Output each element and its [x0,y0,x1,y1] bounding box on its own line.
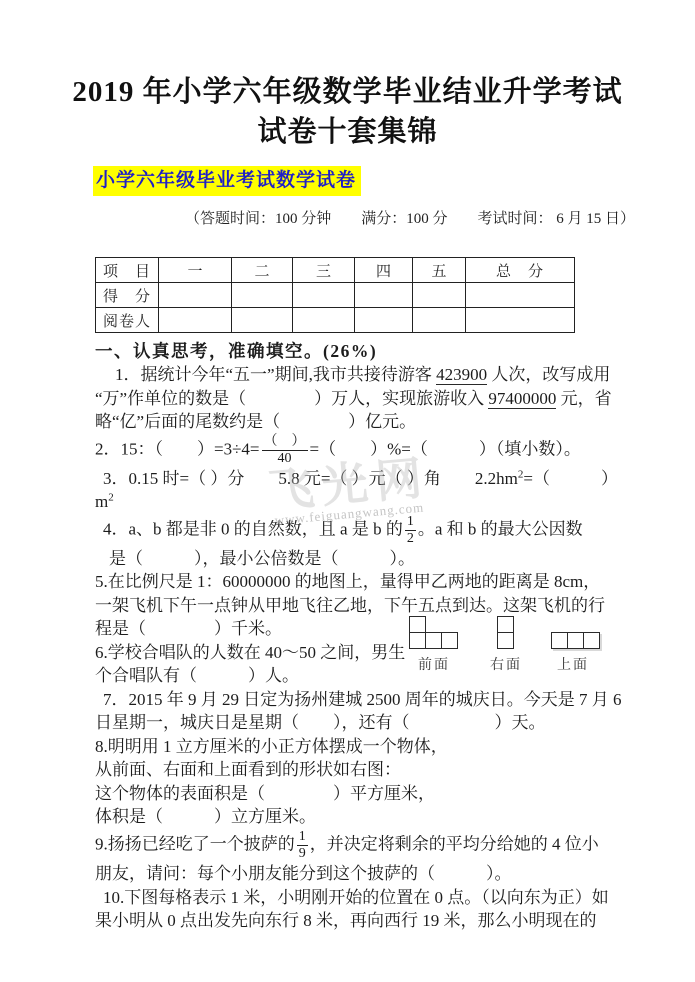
score-cell [159,308,232,333]
score-cell [466,283,575,308]
question-1: 1．据统计今年“五一”期间,我市共接待游客 423900 人次，改写成用 “万”… [95,363,605,434]
question-9-line1: 9.扬扬已经吃了一个披萨的19，并决定将剩余的平均分给她的 4 位小 [95,829,605,862]
right-view-cell [497,616,514,633]
front-view-cell [441,632,458,649]
question-7-line2: 日星期一，城庆日是星期（ ），还有（ ）天。 [95,711,605,735]
question-8-line4: 体积是（ ）立方厘米。 [95,805,605,829]
exam-info-line: （答题时间：100 分钟 满分：100 分 考试时间： 6 月 15 日） [185,208,695,230]
subtitle-wrap: 小学六年级毕业考试数学试卷 [93,166,695,196]
q3-unit-m: m [95,492,108,511]
grader-row-label: 阅卷人 [96,308,159,333]
q1-underlined-number-1: 423900 [436,365,487,385]
q2-fraction-numerator: （ ） [262,434,308,451]
paper-subtitle-highlighted: 小学六年级毕业考试数学试卷 [93,166,361,196]
top-view-label: 上面 [557,654,589,674]
q1-text: 1．据统计今年“五一”期间,我市共接待游客 [115,365,436,384]
question-9: 9.扬扬已经吃了一个披萨的19，并决定将剩余的平均分给她的 4 位小 朋友，请问… [95,829,605,886]
question-8-line2: 从前面、右面和上面看到的形状如右图： [95,758,605,782]
score-row-label: 得 分 [96,283,159,308]
question-10-line1: 10.下图每格表示 1 米，小明刚开始的位置在 0 点。（以向东为正）如 [95,886,605,910]
q9-text: ，并决定将剩余的平均分给她的 4 位小 [310,834,599,853]
q2-fraction: （ ）40 [262,434,308,467]
q9-fraction-denominator: 9 [297,846,308,862]
score-table-header-2: 二 [232,258,293,283]
q4-text: 。a 和 b 的最大公因数 [418,519,583,538]
score-cell [355,283,413,308]
page-title: 2019 年小学六年级数学毕业结业升学考试 试卷十套集锦 [0,72,695,152]
question-4-line1: 4．a、b 都是非 0 的自然数，且 a 是 b 的12。a 和 b 的最大公因… [95,514,605,547]
q1-text: 元，省 [556,389,611,408]
score-cell [413,308,466,333]
front-view-cell [409,632,426,649]
q9-text: 9.扬扬已经吃了一个披萨的 [95,834,295,853]
score-cell [159,283,232,308]
q1-text: 人次，改写成用 [487,365,610,384]
score-cell [232,283,293,308]
front-view-label: 前面 [418,654,450,674]
question-8-line1: 8.明明用 1 立方厘米的小正方体摆成一个物体， [95,735,605,759]
question-5-line1: 5.在比例尺是 1：60000000 的地图上，量得甲乙两地的距离是 8cm， [95,570,605,594]
score-table-header-3: 三 [293,258,355,283]
score-cell [355,308,413,333]
score-table-header-total: 总 分 [466,258,575,283]
question-9-line2: 朋友，请问：每个小朋友能分到这个披萨的（ ）。 [95,862,605,886]
right-view-cell [497,632,514,649]
score-cell [293,308,355,333]
question-4-line2: 是（ ），最小公倍数是（ ）。 [95,547,605,571]
exam-paper-page: 2019 年小学六年级数学毕业结业升学考试 试卷十套集锦 小学六年级毕业考试数学… [0,0,695,982]
front-view-cell [425,632,442,649]
q2-fraction-denominator: 40 [262,451,308,467]
q4-fraction-one-half: 12 [405,514,416,547]
cube-views-diagram: 前面 右面 上面 [405,614,637,674]
score-table-row-score: 得 分 [96,283,575,308]
q4-text: 4．a、b 都是非 0 的自然数，且 a 是 b 的 [103,519,403,538]
q1-text: “万”作单位的数是（ ）万人，实现旅游收入 [95,389,488,408]
score-cell [293,283,355,308]
q3-text: =（ ） [523,469,618,488]
question-1-line2: “万”作单位的数是（ ）万人，实现旅游收入 97400000 元，省 [95,387,605,411]
q3-text: 3．0.15 时=（ ）分 5.8 元=（ ）元（ ）角 2.2hm [103,469,518,488]
question-8: 8.明明用 1 立方厘米的小正方体摆成一个物体， 从前面、右面和上面看到的形状如… [95,735,605,829]
question-7-line1: 7．2015 年 9 月 29 日定为扬州建城 2500 周年的城庆日。今天是 … [95,688,605,712]
q3-superscript-2b: 2 [108,492,114,504]
q4-fraction-denominator: 2 [405,531,416,547]
q9-fraction-numerator: 1 [297,829,308,846]
q4-fraction-numerator: 1 [405,514,416,531]
front-view-cell [409,616,426,633]
question-10: 10.下图每格表示 1 米，小明刚开始的位置在 0 点。（以向东为正）如 果小明… [95,886,605,933]
question-2: 2．15：（ ）=3÷4=（ ）40=（ ）%=（ ）（填小数）。 [95,434,605,467]
top-view-cell [551,632,568,649]
question-4: 4．a、b 都是非 0 的自然数，且 a 是 b 的12。a 和 b 的最大公因… [95,514,605,571]
q1-underlined-number-2: 97400000 [488,389,556,409]
question-7: 7．2015 年 9 月 29 日定为扬州建城 2500 周年的城庆日。今天是 … [95,688,605,735]
question-3-line1: 3．0.15 时=（ ）分 5.8 元=（ ）元（ ）角 2.2hm2=（ ） [95,467,605,491]
score-table-header-5: 五 [413,258,466,283]
q2-text: =（ ）%=（ ）（填小数）。 [310,439,581,458]
score-table-header-1: 一 [159,258,232,283]
top-view-cell [583,632,600,649]
page-title-line2: 试卷十套集锦 [0,112,695,152]
question-8-line3: 这个物体的表面积是（ ）平方厘米， [95,782,605,806]
question-1-line1: 1．据统计今年“五一”期间,我市共接待游客 423900 人次，改写成用 [95,363,605,387]
score-table-header-4: 四 [355,258,413,283]
top-view-cell [567,632,584,649]
q9-fraction-one-ninth: 19 [297,829,308,862]
question-10-line2: 果小明从 0 点出发先向东行 8 米，再向西行 19 米，那么小明现在的 [95,909,605,933]
score-table: 项 目 一 二 三 四 五 总 分 得 分 阅卷人 [95,257,575,333]
score-cell [413,283,466,308]
question-3: 3．0.15 时=（ ）分 5.8 元=（ ）元（ ）角 2.2hm2=（ ） … [95,467,605,514]
q2-text: 2．15：（ ）=3÷4= [95,439,260,458]
question-3-line2: m2 [95,490,605,514]
score-cell [466,308,575,333]
score-cell [232,308,293,333]
question-1-line3: 略“亿”后面的尾数约是（ ）亿元。 [95,410,605,434]
right-view-label: 右面 [490,654,522,674]
score-table-header-row: 项 目 一 二 三 四 五 总 分 [96,258,575,283]
page-title-line1: 2019 年小学六年级数学毕业结业升学考试 [0,72,695,112]
section1-heading: 一、认真思考，准确填空。(26%) [95,339,605,363]
score-table-row-grader: 阅卷人 [96,308,575,333]
score-table-header-item: 项 目 [96,258,159,283]
